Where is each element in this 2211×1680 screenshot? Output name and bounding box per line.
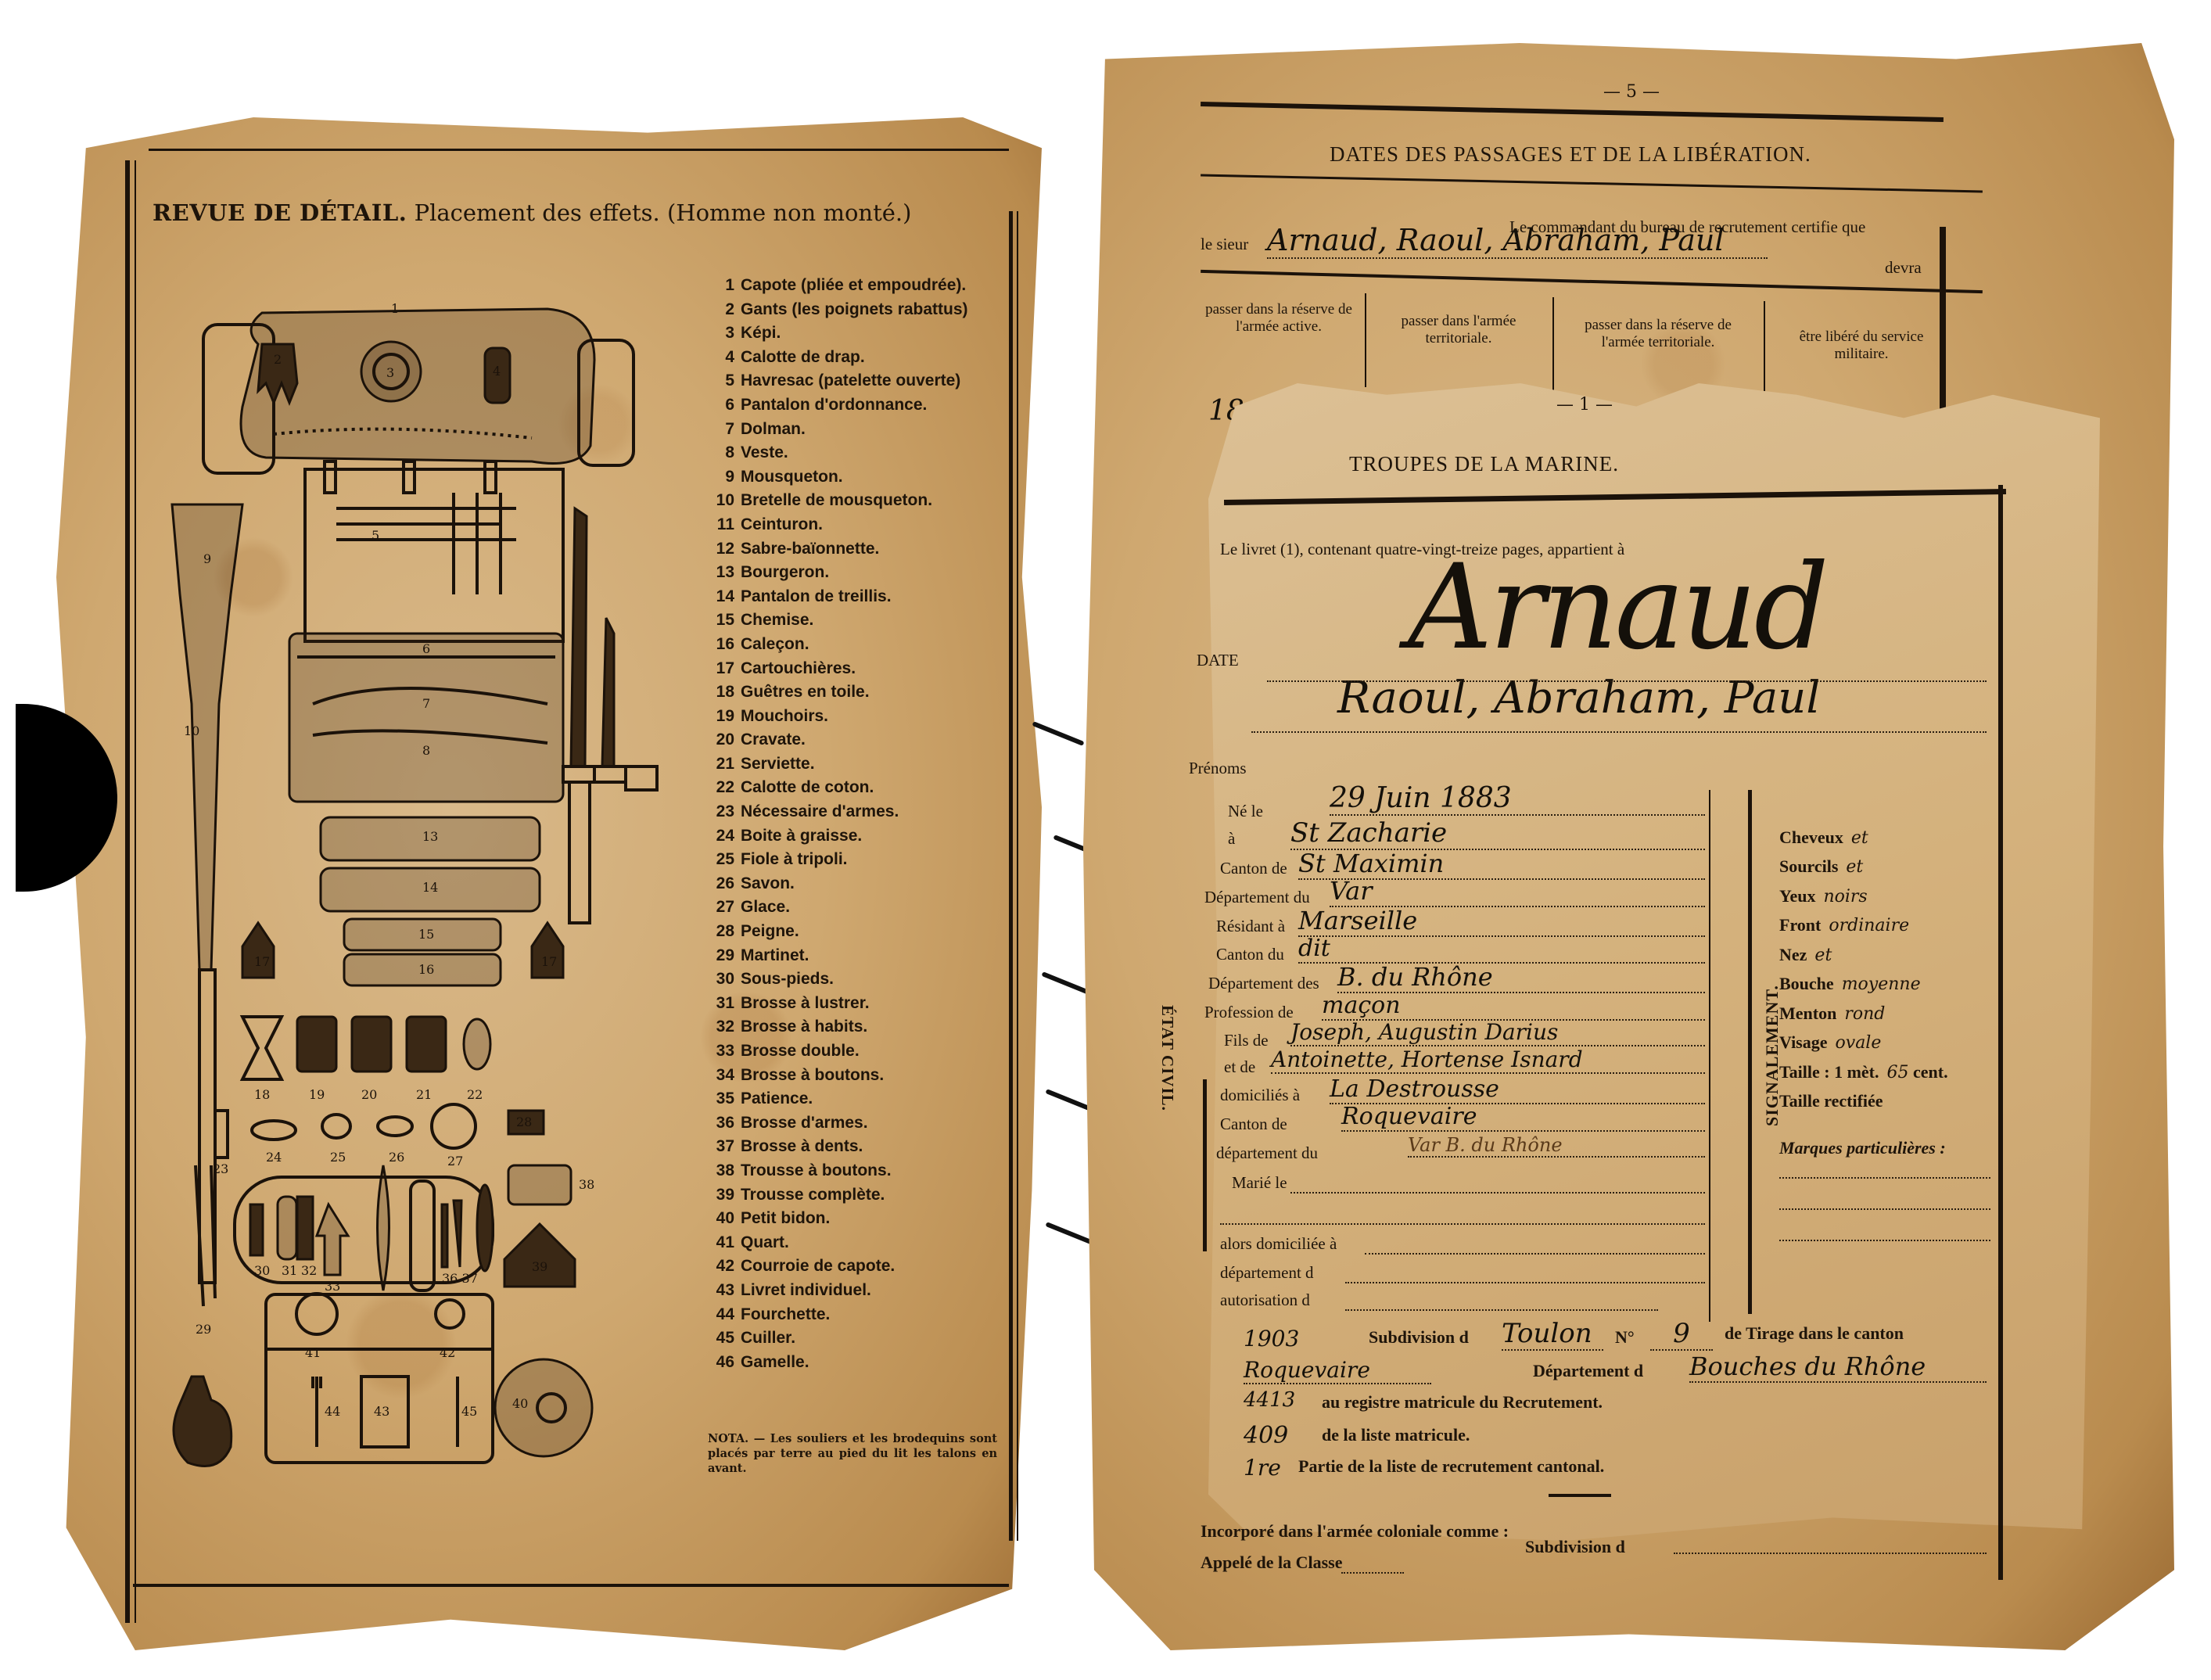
incorpore-text: Incorporé dans l'armée coloniale comme :: [1201, 1521, 1509, 1542]
svg-text:15: 15: [418, 927, 434, 942]
svg-text:22: 22: [467, 1087, 483, 1102]
surname-dotline: [1267, 680, 1987, 682]
svg-text:10: 10: [184, 723, 199, 738]
svg-text:31: 31: [282, 1263, 297, 1278]
field-label: Fils de: [1224, 1031, 1269, 1050]
field-value: St Zacharie: [1290, 817, 1705, 850]
section-heading-marine: TROUPES DE LA MARINE.: [1349, 452, 1619, 476]
list-item: 8Veste.: [708, 441, 1005, 465]
left-frame-line-thin: [135, 160, 136, 1623]
devra-label: devra: [1885, 258, 1922, 278]
list-item: 15Chemise.: [708, 608, 1005, 633]
kit-layout-illustration: 1 2 3 4 5 6 7 8 9 10: [156, 266, 673, 1502]
left-page-title: REVUE DE DÉTAIL. Placement des effets. (…: [153, 199, 911, 226]
field-value-empty: [1345, 1291, 1658, 1311]
signalement-row: Mentonrond: [1779, 1003, 1885, 1024]
field-label: Département des: [1208, 974, 1319, 993]
list-item: 46Gamelle.: [708, 1351, 1005, 1375]
field-label: Canton du: [1216, 945, 1284, 964]
list-item: 17Cartouchières.: [708, 657, 1005, 681]
numero-label: N°: [1615, 1327, 1635, 1348]
field-value: La Destrousse: [1330, 1075, 1705, 1104]
signalement-row: Sourcilset: [1779, 856, 1863, 877]
subdivision2-dotline: [1674, 1537, 1987, 1554]
sieur-value: Arnaud, Raoul, Abraham, Paul: [1267, 223, 1768, 259]
clothing-stack-figure: 6 7 8: [289, 634, 563, 802]
nota-footnote: NOTA. — Les souliers et les brodequins s…: [708, 1431, 997, 1476]
title-bold: REVUE DE DÉTAIL.: [153, 199, 407, 226]
field-label: département d: [1220, 1263, 1314, 1283]
capote-roll-figure: 1 2 3 4: [203, 301, 634, 473]
overlay-page-number: — 1 —: [1556, 395, 1613, 415]
list-item: 22Calotte de coton.: [708, 776, 1005, 800]
svg-text:40: 40: [512, 1396, 528, 1411]
list-item: 12Sabre-baïonnette.: [708, 537, 1005, 562]
column-divider: [1764, 301, 1765, 395]
cartouchiere-left-figure: [242, 923, 274, 978]
svg-text:27: 27: [447, 1154, 463, 1168]
column-divider: [1365, 293, 1366, 387]
departement-value: Bouches du Rhône: [1689, 1352, 1987, 1383]
top-frame-line: [149, 149, 1009, 151]
field-value: maçon: [1322, 992, 1705, 1021]
civil-left-rule: [1203, 1079, 1207, 1251]
list-item: 28Peigne.: [708, 920, 1005, 944]
list-item: 10Bretelle de mousqueton.: [708, 489, 1005, 513]
svg-text:5: 5: [371, 528, 379, 543]
registre-label: au registre matricule du Recrutement.: [1322, 1392, 1603, 1413]
field-label: domiciliés à: [1220, 1086, 1300, 1105]
binding-stitch: [1032, 721, 1084, 746]
column-armee-territoriale: passer dans l'armée territoriale.: [1376, 313, 1541, 347]
field-value: Joseph, Augustin Darius: [1290, 1019, 1705, 1046]
list-item: 36Brosse d'armes.: [708, 1111, 1005, 1136]
marques-dotline: [1779, 1240, 1990, 1241]
field-value: Var B. du Rhône: [1408, 1134, 1705, 1158]
signalement-row: Nezet: [1779, 945, 1832, 965]
list-item: 30Sous-pieds.: [708, 967, 1005, 992]
svg-text:41: 41: [305, 1345, 321, 1360]
marques-label: Marques particulières :: [1779, 1138, 1946, 1158]
list-item: 16Caleçon.: [708, 633, 1005, 657]
svg-text:1: 1: [391, 301, 399, 316]
list-item: 39Trousse complète.: [708, 1183, 1005, 1208]
classe-value: 1903: [1244, 1326, 1299, 1352]
list-item: 25Fiole à tripoli.: [708, 848, 1005, 872]
mousqueton-figure: 9 10: [172, 504, 242, 1283]
surname-value: Arnaud: [1408, 540, 1826, 676]
svg-text:33: 33: [325, 1279, 340, 1294]
signalement-row: Cheveuxet: [1779, 827, 1868, 848]
list-item: 34Brosse à boutons.: [708, 1064, 1005, 1088]
field-label: Canton de: [1220, 859, 1287, 878]
svg-text:45: 45: [461, 1404, 477, 1419]
svg-text:4: 4: [493, 364, 501, 379]
subdivision-value: Toulon: [1502, 1318, 1603, 1351]
svg-text:21: 21: [416, 1087, 432, 1102]
svg-text:28: 28: [516, 1115, 532, 1129]
signalement-left-rule: [1748, 790, 1752, 1314]
list-item: 6Pantalon d'ordonnance.: [708, 393, 1005, 418]
trousse-figure: 29 30 31 32 33 36 37 38 39: [196, 1165, 594, 1337]
field-label: Marié le: [1232, 1173, 1287, 1193]
canton-value: Roquevaire: [1244, 1357, 1431, 1384]
date-label: DATE: [1197, 651, 1239, 670]
field-value-empty: [1290, 1173, 1705, 1194]
svg-text:6: 6: [422, 641, 430, 656]
list-item: 24Boite à graisse.: [708, 824, 1005, 849]
list-item: 19Mouchoirs.: [708, 705, 1005, 729]
civil-right-rule: [1709, 790, 1710, 1322]
list-item: 5Havresac (patelette ouverte): [708, 369, 1005, 393]
field-label: et de: [1224, 1057, 1255, 1077]
list-item: 1Capote (pliée et empoudrée).: [708, 274, 1005, 298]
field-label: alors domiciliée à: [1220, 1234, 1337, 1254]
svg-text:25: 25: [330, 1150, 346, 1165]
signalement-row: Taille : 1 mèt.65 cent.: [1779, 1062, 1948, 1082]
column-liberation: être libéré du service militaire.: [1791, 328, 1932, 363]
tirage-label: de Tirage dans le canton: [1725, 1323, 1904, 1344]
section-heading-dates: DATES DES PASSAGES ET DE LA LIBÉRATION.: [1330, 142, 1811, 167]
marques-dotline: [1779, 1177, 1990, 1179]
field-label: à: [1228, 829, 1235, 849]
etat-civil-label: ÉTAT CIVIL.: [1158, 1005, 1177, 1111]
svg-text:3: 3: [386, 365, 394, 380]
field-value: Var: [1330, 876, 1705, 907]
svg-text:42: 42: [440, 1345, 455, 1360]
svg-text:2: 2: [274, 352, 282, 367]
field-label: Né le: [1228, 802, 1263, 821]
partie-value: 1re: [1244, 1455, 1281, 1481]
svg-text:36 37: 36 37: [442, 1271, 478, 1286]
cartouchiere-right-figure: [532, 923, 563, 978]
list-item: 2Gants (les poignets rabattus): [708, 298, 1005, 322]
svg-text:39: 39: [532, 1259, 547, 1274]
column-divider: [1552, 297, 1554, 391]
svg-text:20: 20: [361, 1087, 377, 1102]
field-label: Résidant à: [1216, 917, 1285, 936]
subdivision2-label: Subdivision d: [1525, 1537, 1625, 1557]
list-item: 7Dolman.: [708, 418, 1005, 442]
list-item: 11Ceinturon.: [708, 513, 1005, 537]
list-item: 43Livret individuel.: [708, 1279, 1005, 1303]
field-value: 29 Juin 1883: [1330, 782, 1705, 816]
svg-text:29: 29: [196, 1322, 211, 1337]
svg-text:32: 32: [301, 1263, 317, 1278]
overlay-right-border: [1998, 485, 2003, 1580]
field-label: autorisation d: [1220, 1291, 1310, 1310]
svg-text:19: 19: [309, 1087, 325, 1102]
list-item: 20Cravate.: [708, 728, 1005, 752]
appele-dotline: [1341, 1556, 1404, 1574]
departement-label: Département d: [1533, 1361, 1643, 1381]
sabre-baionnette-figure: [563, 508, 657, 923]
list-item: 35Patience.: [708, 1087, 1005, 1111]
names-dotline: [1251, 731, 1987, 733]
field-label: Profession de: [1204, 1003, 1294, 1022]
field-value: Marseille: [1298, 906, 1705, 937]
signalement-row: Taille rectifiée: [1779, 1091, 1891, 1111]
svg-text:18: 18: [254, 1087, 270, 1102]
title-rest: Placement des effets. (Homme non monté.): [415, 199, 912, 226]
svg-text:30: 30: [254, 1263, 270, 1278]
field-value-empty: [1220, 1204, 1705, 1225]
registre-value: 4413: [1244, 1388, 1295, 1412]
list-item: 37Brosse à dents.: [708, 1135, 1005, 1159]
small-items-row-1: 18 19 20 21 22: [242, 1017, 490, 1102]
havresac-figure: 5: [305, 461, 563, 641]
right-frame-line-thin: [1017, 211, 1018, 1541]
list-item: 18Guêtres en toile.: [708, 680, 1005, 705]
liste-label: de la liste matricule.: [1322, 1425, 1470, 1445]
list-item: 41Quart.: [708, 1231, 1005, 1255]
svg-text:13: 13: [422, 829, 438, 844]
list-item: 31Brosse à lustrer.: [708, 992, 1005, 1016]
separator-rule: [1549, 1494, 1611, 1497]
list-item: 9Mousqueton.: [708, 465, 1005, 490]
list-item: 38Trousse à boutons.: [708, 1159, 1005, 1183]
bottom-frame-line: [133, 1584, 1009, 1587]
svg-text:44: 44: [325, 1404, 340, 1419]
list-item: 14Pantalon de treillis.: [708, 585, 1005, 609]
svg-text:43: 43: [374, 1404, 389, 1419]
column-reserve-territoriale: passer dans la réserve de l'armée territ…: [1564, 317, 1752, 351]
subdivision-label: Subdivision d: [1369, 1327, 1469, 1348]
list-item: 44Fourchette.: [708, 1303, 1005, 1327]
field-value-empty: [1365, 1234, 1705, 1255]
list-item: 27Glace.: [708, 896, 1005, 920]
svg-text:17: 17: [254, 954, 270, 969]
svg-text:17: 17: [541, 954, 557, 969]
svg-text:23: 23: [213, 1161, 228, 1176]
field-label: Département du: [1204, 888, 1310, 907]
numero-value: 9: [1650, 1318, 1713, 1351]
sieur-label: le sieur: [1201, 235, 1248, 254]
partie-label: Partie de la liste de recrutement canton…: [1298, 1456, 1604, 1477]
signalement-row: Yeuxnoirs: [1779, 886, 1868, 906]
item-list: 1Capote (pliée et empoudrée). 2Gants (le…: [708, 274, 1005, 1374]
list-item: 23Nécessaire d'armes.: [708, 800, 1005, 824]
svg-text:24: 24: [266, 1150, 282, 1165]
list-item: 13Bourgeron.: [708, 561, 1005, 585]
field-value: St Maximin: [1298, 849, 1705, 880]
folded-garments-figure: 13 14 15 16: [321, 817, 540, 985]
signalement-row: Visageovale: [1779, 1032, 1881, 1053]
page-number: — 5 —: [1603, 82, 1660, 102]
svg-text:7: 7: [422, 696, 430, 711]
list-item: 21Serviette.: [708, 752, 1005, 777]
gamelle-figure: 41 42 43 44 45 40: [174, 1294, 592, 1466]
list-item: 29Martinet.: [708, 944, 1005, 968]
list-item: 26Savon.: [708, 872, 1005, 896]
list-item: 42Courroie de capote.: [708, 1255, 1005, 1279]
svg-text:8: 8: [422, 743, 430, 758]
list-item: 45Cuiller.: [708, 1326, 1005, 1351]
prenoms-label: Prénoms: [1189, 759, 1247, 778]
signalement-row: Bouchemoyenne: [1779, 974, 1921, 994]
list-item: 3Képi.: [708, 321, 1005, 346]
field-value-empty: [1345, 1263, 1705, 1283]
signalement-row: Frontordinaire: [1779, 915, 1909, 935]
appele-label: Appelé de la Classe: [1201, 1553, 1343, 1573]
field-value: dit: [1298, 935, 1705, 964]
field-value: B. du Rhône: [1337, 962, 1705, 993]
svg-text:9: 9: [203, 551, 211, 566]
list-item: 40Petit bidon.: [708, 1207, 1005, 1231]
field-label: Canton de: [1220, 1115, 1287, 1134]
svg-text:14: 14: [422, 880, 438, 895]
svg-text:16: 16: [418, 962, 434, 977]
small-items-row-2: 23 24 25 26 27 28: [213, 1104, 544, 1176]
list-item: 32Brosse à habits.: [708, 1015, 1005, 1039]
marques-dotline: [1779, 1208, 1990, 1210]
field-label: département du: [1216, 1143, 1318, 1163]
column-reserve-active: passer dans la réserve de l'armée active…: [1201, 301, 1357, 336]
list-item: 4Calotte de drap.: [708, 346, 1005, 370]
field-value: Antoinette, Hortense Isnard: [1271, 1046, 1705, 1074]
svg-text:38: 38: [579, 1177, 594, 1192]
list-item: 33Brosse double.: [708, 1039, 1005, 1064]
liste-value: 409: [1244, 1422, 1288, 1449]
svg-text:26: 26: [389, 1150, 404, 1165]
right-frame-line: [1009, 211, 1013, 1541]
left-frame-line: [125, 160, 130, 1623]
field-value: Roquevaire: [1341, 1103, 1705, 1132]
